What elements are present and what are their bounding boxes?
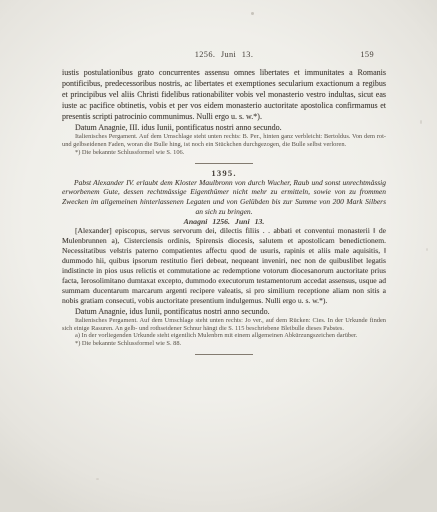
scan-speck [426,248,428,251]
entry2-number: 1395. [62,168,386,178]
entry2-body: [Alexander] episcopus, servus servorum d… [62,226,386,306]
scan-speck [96,478,99,480]
header-date: 1256. Juni 13. [62,50,386,59]
scan-speck [251,12,254,15]
scanned-book-page: 1256. Juni 13. 159 iustis postulationibu… [0,0,437,512]
page-header: 1256. Juni 13. 159 [62,50,386,60]
entry2-datum: Datum Anagnie, idus Iunii, pontificatus … [62,306,386,317]
entry1-body: iustis postulationibus grato concurrente… [62,67,386,122]
entry2-footnote-a: a) In der vorliegenden Urkunde steht eig… [62,332,386,340]
entry2-provenance-note: Italienisches Pergament. Auf dem Umschla… [62,317,386,333]
entry2-summary-regest: Pabst Alexander IV. erlaubt dem Kloster … [62,178,386,217]
entry2-dateline: Anagni 1256. Juni 13. [62,217,386,226]
end-rule [195,354,253,355]
entry1-datum: Datum Anagnie, III. idus Iunii, pontific… [62,122,386,133]
entry1-footnote: *) Die bekannte Schlussformel wie S. 106… [62,149,386,157]
text-block: 1256. Juni 13. 159 iustis postulationibu… [62,50,386,359]
scan-speck [420,120,422,124]
entry2-footnote-star: *) Die bekannte Schlussformel wie S. 88. [62,340,386,348]
separator-rule [195,163,253,164]
entry1-provenance-note: Italienisches Pergament. Auf dem Umschla… [62,133,386,149]
page-number: 159 [360,50,374,59]
